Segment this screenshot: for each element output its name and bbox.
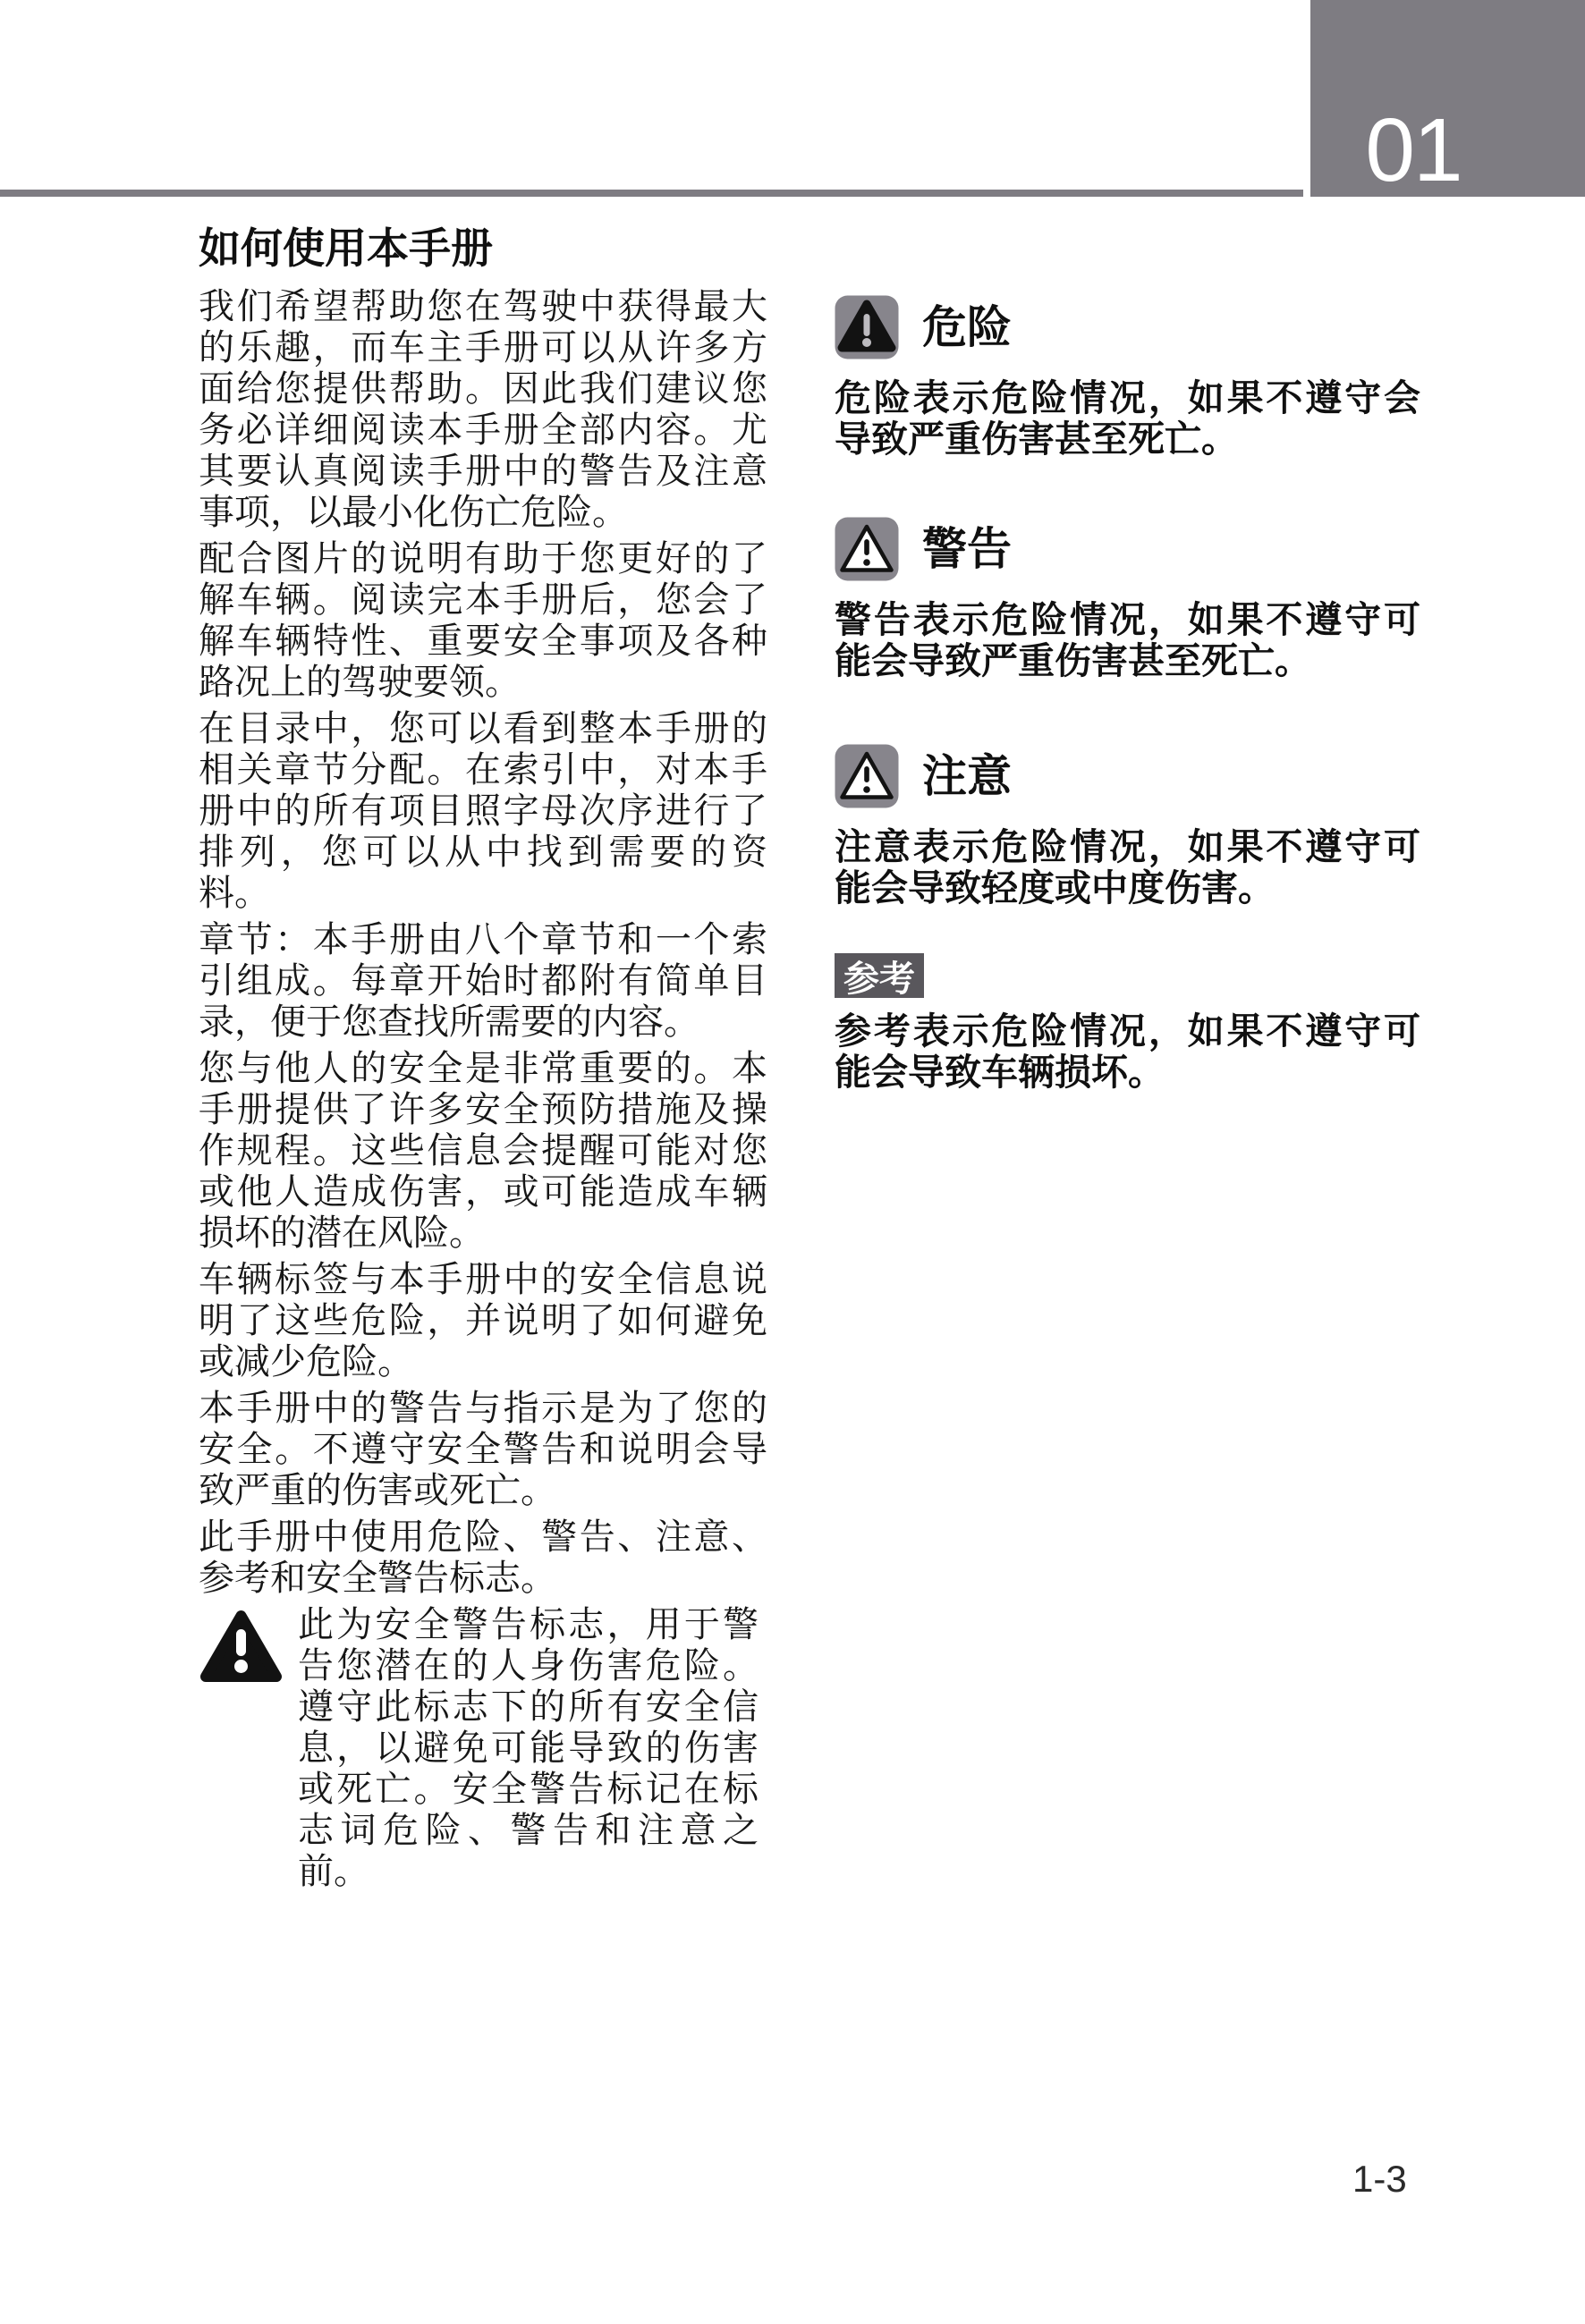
safety-alert-note: 此为安全警告标志，用于警告您潜在的人身伤害危险。遵守此标志下的所有安全信息，以避…: [199, 1604, 767, 1892]
callout-warning-header: 警告: [835, 517, 1420, 581]
page-title: 如何使用本手册: [199, 225, 767, 274]
callout-danger-text: 危险表示危险情况，如果不遵守会导致严重伤害甚至死亡。: [835, 377, 1420, 460]
chapter-number: 01: [1310, 106, 1516, 195]
body-paragraph: 在目录中，您可以看到整本手册的相关章节分配。在索引中，对本手册中的所有项目照字母…: [199, 708, 767, 914]
manual-page: 01 如何使用本手册 我们希望帮助您在驾驶中获得最大的乐趣，而车主手册可以从许多…: [0, 0, 1585, 2324]
caution-icon: [835, 744, 899, 808]
page-number: 1-3: [1352, 2160, 1407, 2198]
safety-alert-note-text: 此为安全警告标志，用于警告您潜在的人身伤害危险。遵守此标志下的所有安全信息，以避…: [298, 1604, 759, 1892]
body-paragraph: 本手册中的警告与指示是为了您的安全。不遵守安全警告和说明会导致严重的伤害或死亡。: [199, 1388, 767, 1511]
callout-caution-label: 注意: [922, 754, 1012, 799]
chapter-tab: 01: [1310, 0, 1585, 197]
callout-warning-label: 警告: [922, 527, 1012, 571]
callout-caution-text: 注意表示危险情况，如果不遵守可能会导致轻度或中度伤害。: [835, 826, 1420, 908]
callout-caution-header: 注意: [835, 744, 1420, 808]
header-divider: [0, 190, 1303, 197]
callout-caution: 注意 注意表示危险情况，如果不遵守可能会导致轻度或中度伤害。: [835, 744, 1420, 908]
body-paragraph: 您与他人的安全是非常重要的。本手册提供了许多安全预防措施及操作规程。这些信息会提…: [199, 1048, 767, 1254]
main-text-column: 如何使用本手册 我们希望帮助您在驾驶中获得最大的乐趣，而车主手册可以从许多方面给…: [199, 225, 767, 1892]
callout-danger-header: 危险: [835, 295, 1420, 359]
callout-warning-text: 警告表示危险情况，如果不遵守可能会导致严重伤害甚至死亡。: [835, 599, 1420, 681]
callout-reference-text: 参考表示危险情况，如果不遵守可能会导致车辆损坏。: [835, 1010, 1420, 1093]
warning-icon: [835, 517, 899, 581]
body-paragraph: 我们希望帮助您在驾驶中获得最大的乐趣，而车主手册可以从许多方面给您提供帮助。因此…: [199, 286, 767, 533]
danger-icon: [835, 295, 899, 359]
reference-badge: 参考: [835, 953, 924, 998]
body-paragraph: 配合图片的说明有助于您更好的了解车辆。阅读完本手册后，您会了解车辆特性、重要安全…: [199, 538, 767, 703]
callout-danger: 危险 危险表示危险情况，如果不遵守会导致严重伤害甚至死亡。: [835, 295, 1420, 460]
callout-danger-label: 危险: [922, 305, 1012, 350]
callout-warning: 警告 警告表示危险情况，如果不遵守可能会导致严重伤害甚至死亡。: [835, 517, 1420, 681]
body-paragraph: 此手册中使用危险、警告、注意、参考和安全警告标志。: [199, 1517, 767, 1599]
body-paragraph: 车辆标签与本手册中的安全信息说明了这些危险，并说明了如何避免或减少危险。: [199, 1259, 767, 1382]
callout-reference: 参考 参考表示危险情况，如果不遵守可能会导致车辆损坏。: [835, 953, 1420, 1093]
body-paragraph: 章节：本手册由八个章节和一个索引组成。每章开始时都附有简单目录，便于您查找所需要…: [199, 919, 767, 1043]
safety-alert-triangle-icon: [199, 1608, 284, 1685]
